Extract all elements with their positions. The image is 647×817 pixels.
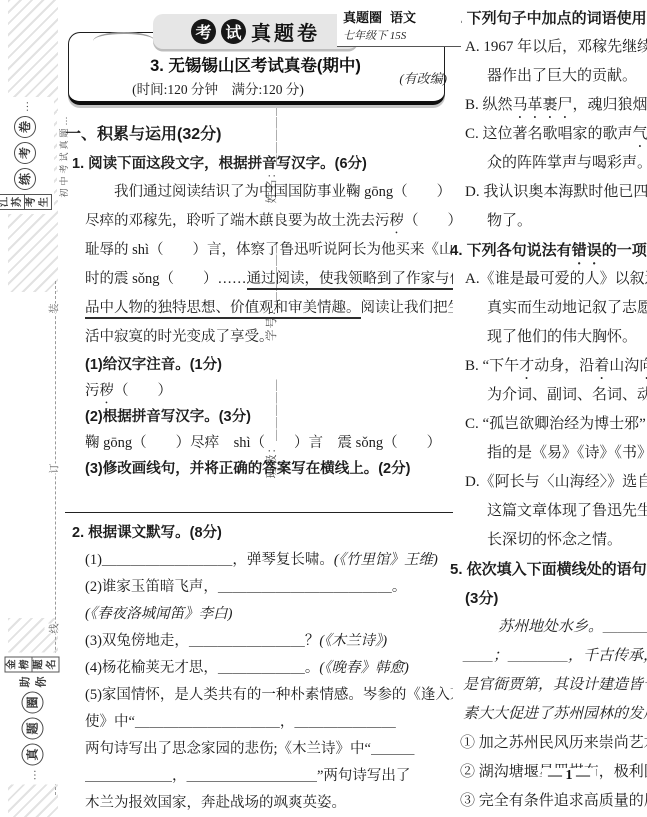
option-c-cont: 众的阵阵掌声与喝彩声。 (450, 149, 647, 178)
badge-slogan: 助你 (16, 676, 48, 687)
option-d-line: D.《阿长与〈山海经〉》选自鲁迅先 (450, 468, 647, 497)
box-label: 题名 (32, 657, 59, 671)
circled-char: 圈 (21, 691, 43, 713)
passage-line: 品中人物的独特思想、价值观和审美情趣。阅读让我们把生 (65, 294, 453, 323)
right-column: 3. 下列句子中加点的词语使用有误的 A. 1967 年以后，邓稼先继续他的 器… (450, 4, 647, 816)
fill-line: (3)双兔傍地走，＿＿＿＿＿＿＿＿？(《木兰诗》) (65, 628, 453, 655)
fill-line: 木兰为报效国家，奔赴战场的飒爽英姿。 (65, 790, 453, 817)
option-d-cont: 物了。 (450, 207, 647, 236)
option-d-cont: 这篇文章体现了鲁迅先生对幼时 (450, 497, 647, 526)
dotted-word: 气冲斗 (633, 126, 647, 142)
answer-line (65, 482, 453, 513)
circled-char: 卷 (13, 116, 35, 138)
cloze-option-1: ① 加之苏州民风历来崇尚艺术，追 (450, 729, 647, 758)
sub-question-1: (1)给汉字注音。(1分) (65, 352, 453, 378)
code-label: 15S (390, 30, 407, 42)
fill-line: (2)谁家玉笛暗飞声，＿＿＿＿＿＿＿＿＿＿＿＿。 (65, 574, 453, 601)
passage-line: 活中寂寞的时光变成了享受。 (65, 323, 453, 352)
adapted-note: (有改编) (399, 68, 447, 87)
passage-text: 时的震 sǒng（ ）…… (85, 271, 247, 287)
exam-header: 考 试 真题卷 真题圈语文 七年级下 15S 3. 无锡锡山区考试真卷(期中) … (65, 6, 457, 116)
subject-label: 语文 (390, 10, 416, 25)
series-badge-top: 江苏 考生 练 考 卷 … 初中考试真题… (2, 40, 62, 270)
option-a-cont: 现了他们的伟大胸怀。 (450, 323, 647, 352)
fill-text: (1)＿＿＿＿＿＿＿＿＿，弹琴复长啸。 (85, 552, 334, 568)
cloze-paragraph-line: 素大大促进了苏州园林的发展。 (450, 700, 647, 729)
dotted-char: 秽 (100, 383, 115, 399)
underlined-sentence: 品中人物的独特思想、价值观和审美情趣。 (85, 300, 361, 319)
banner-circle-char: 试 (221, 19, 246, 44)
cloze-paragraph-line: 苏州地处水乡。＿＿＿＿，＿＿ (450, 613, 647, 642)
fill-line: (5)家国情怀，是人类共有的一种朴素情感。岑参的《逢入京 (65, 682, 453, 709)
banner-circle-char: 考 (191, 19, 216, 44)
word-text: （ ） (114, 383, 172, 399)
banner-left-swoosh (93, 32, 155, 50)
dotted-word: 错误 (572, 242, 602, 259)
cloze-paragraph-line: 是官衙贾第，其设计建造皆一丝不 (450, 671, 647, 700)
jiangsu-kaosheng-box: 江苏 考生 (0, 194, 52, 210)
question-5-score: (3分) (450, 584, 647, 613)
cloze-paragraph-line: ＿＿；＿＿＿＿，千古传承，长盛 (450, 642, 647, 671)
circled-char: 真 (21, 743, 43, 765)
option-b-cont: 为介词、副词、名词、动词。 (450, 381, 647, 410)
sub-answer-line: 污秽（ ） (65, 378, 453, 404)
option-b-line: B. “下午才动身，沿着山沟向上走 (450, 352, 647, 381)
stem-text: 的一项是( (602, 242, 647, 259)
option-text: C. 这位著名歌唱家的歌声 (465, 126, 633, 142)
poem-source: (《晚春》韩愈) (319, 660, 408, 676)
fill-line: (4)杨花榆荚无才思，＿＿＿＿＿＿。(《晚春》韩愈) (65, 655, 453, 682)
stem-text: 3. 下列句子中加点的词语使用 (450, 10, 647, 27)
brand-name: 真题圈 (343, 10, 382, 25)
sub-question-2: (2)根据拼音写汉字。(3分) (65, 404, 453, 430)
option-a-cont: 器作出了巨大的贡献。 (450, 62, 647, 91)
section-heading: 一、积累与运用(32分) (65, 120, 453, 150)
option-text: ，魂归狼烟，这是 (573, 97, 647, 113)
option-text: B. 纵然 (465, 97, 513, 113)
option-c-line: C. “孤岂欲卿治经为博士邪”中“经 (450, 410, 647, 439)
sub-answer-line: 鞠 gōng（ ）尽瘁 shì（ ）言 震 sǒng（ ） (65, 430, 453, 456)
question-2-stem: 2. 根据课文默写。(8分) (65, 519, 453, 547)
option-text: B. “下午 (465, 358, 519, 374)
dotted-word: 马革裹尸 (513, 97, 573, 113)
underlined-sentence: 通过阅读，使我领略到了作家与作 (247, 271, 453, 290)
cloze-option-3: ③ 完全有条件追求高质量的居住环 (450, 787, 647, 816)
passage-text: （ ）和 (404, 213, 453, 229)
exam-series-banner: 考 试 真题卷 (153, 14, 358, 49)
box-label: 金榜 (6, 657, 32, 671)
stem-text: 4. 下列各句说法有 (450, 242, 572, 259)
question-5-stem: 5. 依次填入下面横线处的语句，衔 (450, 555, 647, 584)
option-text: 动身，沿 (534, 358, 594, 374)
ellipsis-decoration: … (18, 101, 30, 112)
binding-char: 订 (45, 464, 62, 474)
passage-line: 我们通过阅读结识了为中国国防事业鞠 gōng（ ） (65, 178, 453, 207)
option-d-line: D. 我认识奥本海默时他已四十多 (450, 178, 647, 207)
poem-source: (《竹里馆》王维) (334, 552, 438, 568)
question-3-stem: 3. 下列句子中加点的词语使用有误的 (450, 4, 647, 33)
dotted-word: 才 (519, 358, 534, 374)
fill-line: (1)＿＿＿＿＿＿＿＿＿，弹琴复长啸。(《竹里馆》王维) (65, 547, 453, 574)
option-a-line: A. 1967 年以后，邓稼先继续他的 (450, 33, 647, 62)
ellipsis-decoration: … (26, 769, 38, 780)
brand-badge-bottom: … 真 题 圈 助你 金榜 题名 (2, 628, 62, 808)
fill-text: (3)双兔傍地走，＿＿＿＿＿＿＿＿？ (85, 633, 319, 649)
circled-char: 练 (13, 168, 35, 190)
option-b-line: B. 纵然马革裹尸，魂归狼烟，这是 (450, 91, 647, 120)
passage-text: 尽瘁的邓稼先，聆听了端木蕻良要为故土洗去污 (85, 213, 390, 229)
word-text: 污 (85, 383, 100, 399)
passage-text: 阅读让我们把生 (361, 300, 454, 316)
dotted-word: 着 (594, 358, 609, 374)
option-d-cont: 长深切的怀念之情。 (450, 526, 647, 555)
box-label: 考生 (24, 195, 51, 209)
poem-source: (《木兰诗》) (319, 633, 387, 649)
page-number: — 1 — (542, 768, 596, 784)
option-a-line: A.《谁是最可爱的人》以叙述为主 (450, 265, 647, 294)
passage-line: 耻辱的 shì（ ）言，体察了鲁迅听说阿长为他买来《山海经》 (65, 236, 453, 265)
option-c-cont: 指的是《易》《诗》《书》《礼》《 (450, 439, 647, 468)
dotted-word: 向上 (639, 358, 647, 374)
option-c-line: C. 这位著名歌唱家的歌声气冲斗 (450, 120, 647, 149)
circled-char: 考 (13, 142, 35, 164)
question-4-stem: 4. 下列各句说法有错误的一项是( (450, 236, 647, 265)
option-text: 山沟 (609, 358, 639, 374)
fill-line: 使》中“＿＿＿＿＿＿＿＿＿＿，＿＿＿＿＿＿＿ (65, 709, 453, 736)
exam-meta: (时间:120 分钟 满分:120 分) (68, 78, 368, 98)
masthead: 真题圈语文 七年级下 15S (337, 6, 461, 47)
fill-line: ＿＿＿＿＿＿，＿＿＿＿＿＿＿＿＿”两句诗写出了 (65, 763, 453, 790)
box-label: 江苏 (0, 195, 24, 209)
dotted-char: 秽 (390, 213, 405, 229)
jinbang-timing-box: 金榜 题名 (5, 656, 60, 672)
grade-label: 七年级下 (343, 30, 387, 42)
poem-source-line: (《春夜洛城闻笛》李白) (65, 601, 453, 628)
binding-char: 装 (45, 304, 62, 314)
left-column: 一、积累与运用(32分) 1. 阅读下面这段文字，根据拼音写汉字。(6分) 我们… (65, 120, 453, 817)
question-1-stem: 1. 阅读下面这段文字，根据拼音写汉字。(6分) (65, 150, 453, 178)
option-a-cont: 真实而生动地记叙了志愿军战 (450, 294, 647, 323)
banner-title: 真题卷 (251, 17, 320, 46)
passage-line: 时的震 sǒng（ ）……通过阅读，使我领略到了作家与作 (65, 265, 453, 294)
exam-title: 3. 无锡锡山区考试真卷(期中) (68, 52, 443, 76)
circled-char: 题 (21, 717, 43, 739)
sub-question-3: (3)修改画线句，并将正确的答案写在横线上。(2分) (65, 456, 453, 482)
passage-line: 尽瘁的邓稼先，聆听了端木蕻良要为故土洗去污秽（ ）和 (65, 207, 453, 236)
fill-text: (4)杨花榆荚无才思，＿＿＿＿＿＿。 (85, 660, 319, 676)
fill-line: 两句诗写出了思念家园的悲伤;《木兰诗》中“＿＿＿ (65, 736, 453, 763)
